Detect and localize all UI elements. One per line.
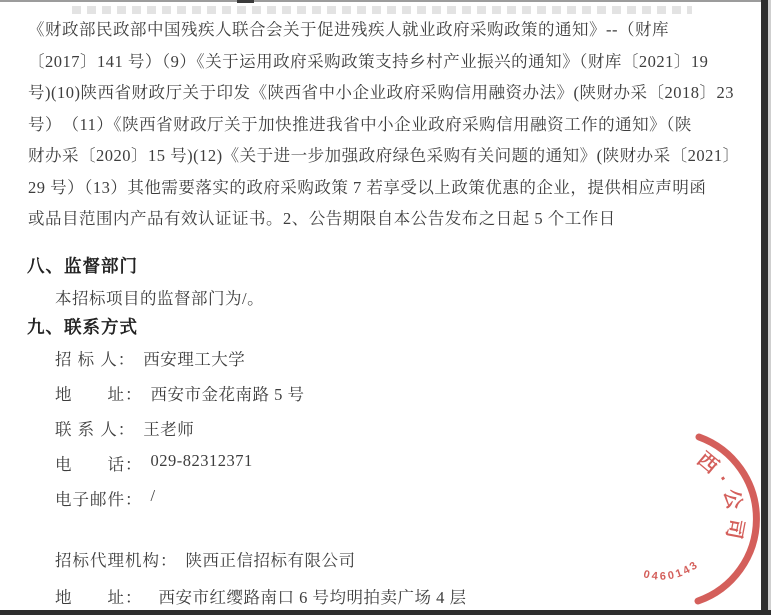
contact-row-phone: 电 话： 029-82312371 — [55, 451, 305, 486]
contact-value: 王老师 — [143, 416, 194, 440]
paragraph-line: 或品目范围内产品有效认证证书。2、公告期限自本公告发布之日起 5 个工作日 — [28, 203, 740, 235]
page-top-border-notch — [237, 0, 254, 3]
section-heading-contact: 九、联系方式 — [27, 314, 138, 339]
contact-label: 招 标 人： — [55, 346, 135, 370]
contact-value: 陕西正信招标有限公司 — [186, 547, 356, 571]
contact-value: 西安理工大学 — [143, 346, 245, 370]
contact-label: 电子邮件： — [55, 486, 143, 510]
page-top-border — [0, 0, 771, 2]
agency-row-name: 招标代理机构： 陕西正信招标有限公司 — [55, 547, 467, 584]
page-top-text-bleed — [72, 6, 692, 14]
contact-label: 联 系 人： — [55, 416, 135, 440]
contact-label: 电 话： — [55, 451, 143, 475]
contact-row-address: 地 址： 西安市金花南路 5 号 — [55, 381, 305, 416]
contact-row-email: 电子邮件： / — [55, 486, 305, 521]
contact-row-tenderer: 招 标 人： 西安理工大学 — [55, 346, 305, 381]
paragraph-line: 财办采〔2020〕15 号)(12)《关于进一步加强政府绿色采购有关问题的通知》… — [28, 140, 740, 172]
seal-arc — [698, 437, 756, 601]
page-bottom-scan-edge — [0, 610, 771, 615]
contact-info-block: 招 标 人： 西安理工大学 地 址： 西安市金花南路 5 号 联 系 人： 王老… — [55, 346, 305, 521]
contact-value: 029-82312371 — [151, 451, 253, 471]
paragraph-line: 〔2017〕141 号）（9）《关于运用政府采购政策支持乡村产业振兴的通知》（财… — [28, 46, 740, 78]
contact-row-person: 联 系 人： 王老师 — [55, 416, 305, 451]
agency-info-block: 招标代理机构： 陕西正信招标有限公司 地 址： 西安市红缨路南口 6 号均明拍卖… — [55, 547, 467, 615]
contact-value: 西安市金花南路 5 号 — [151, 381, 305, 405]
contact-label: 地 址： — [55, 381, 143, 405]
paragraph-line: 号） （11）《陕西省财政厅关于加快推进我省中小企业政府采购信用融资工作的通知》… — [28, 109, 740, 141]
section-heading-supervision: 八、监督部门 — [27, 253, 138, 278]
page-right-scan-edge — [761, 0, 768, 615]
contact-value: 西安市红缨路南口 6 号均明拍卖广场 4 层 — [159, 584, 467, 608]
paragraph-line: 号)(10)陕西省财政厅关于印发《陕西省中小企业政府采购信用融资办法》(陕财办采… — [28, 77, 740, 109]
contact-label: 招标代理机构： — [55, 547, 178, 571]
contact-value: / — [151, 486, 156, 506]
supervision-body-text: 本招标项目的监督部门为/。 — [55, 285, 264, 309]
seal-arc-text: 西·公司 — [693, 448, 748, 548]
paragraph-line: 29 号）（13）其他需要落实的政府采购政策 7 若享受以上政策优惠的企业，提供… — [28, 172, 740, 204]
paragraph-line: 《财政部民政部中国残疾人联合会关于促进残疾人就业政府采购政策的通知》--（财库 — [28, 14, 740, 46]
seal-serial-number: 0460143 — [642, 558, 701, 583]
policy-paragraph: 《财政部民政部中国残疾人联合会关于促进残疾人就业政府采购政策的通知》--（财库 … — [28, 14, 740, 235]
document-page: 《财政部民政部中国残疾人联合会关于促进残疾人就业政府采购政策的通知》--（财库 … — [0, 0, 771, 615]
contact-label: 地 址： — [55, 584, 143, 608]
